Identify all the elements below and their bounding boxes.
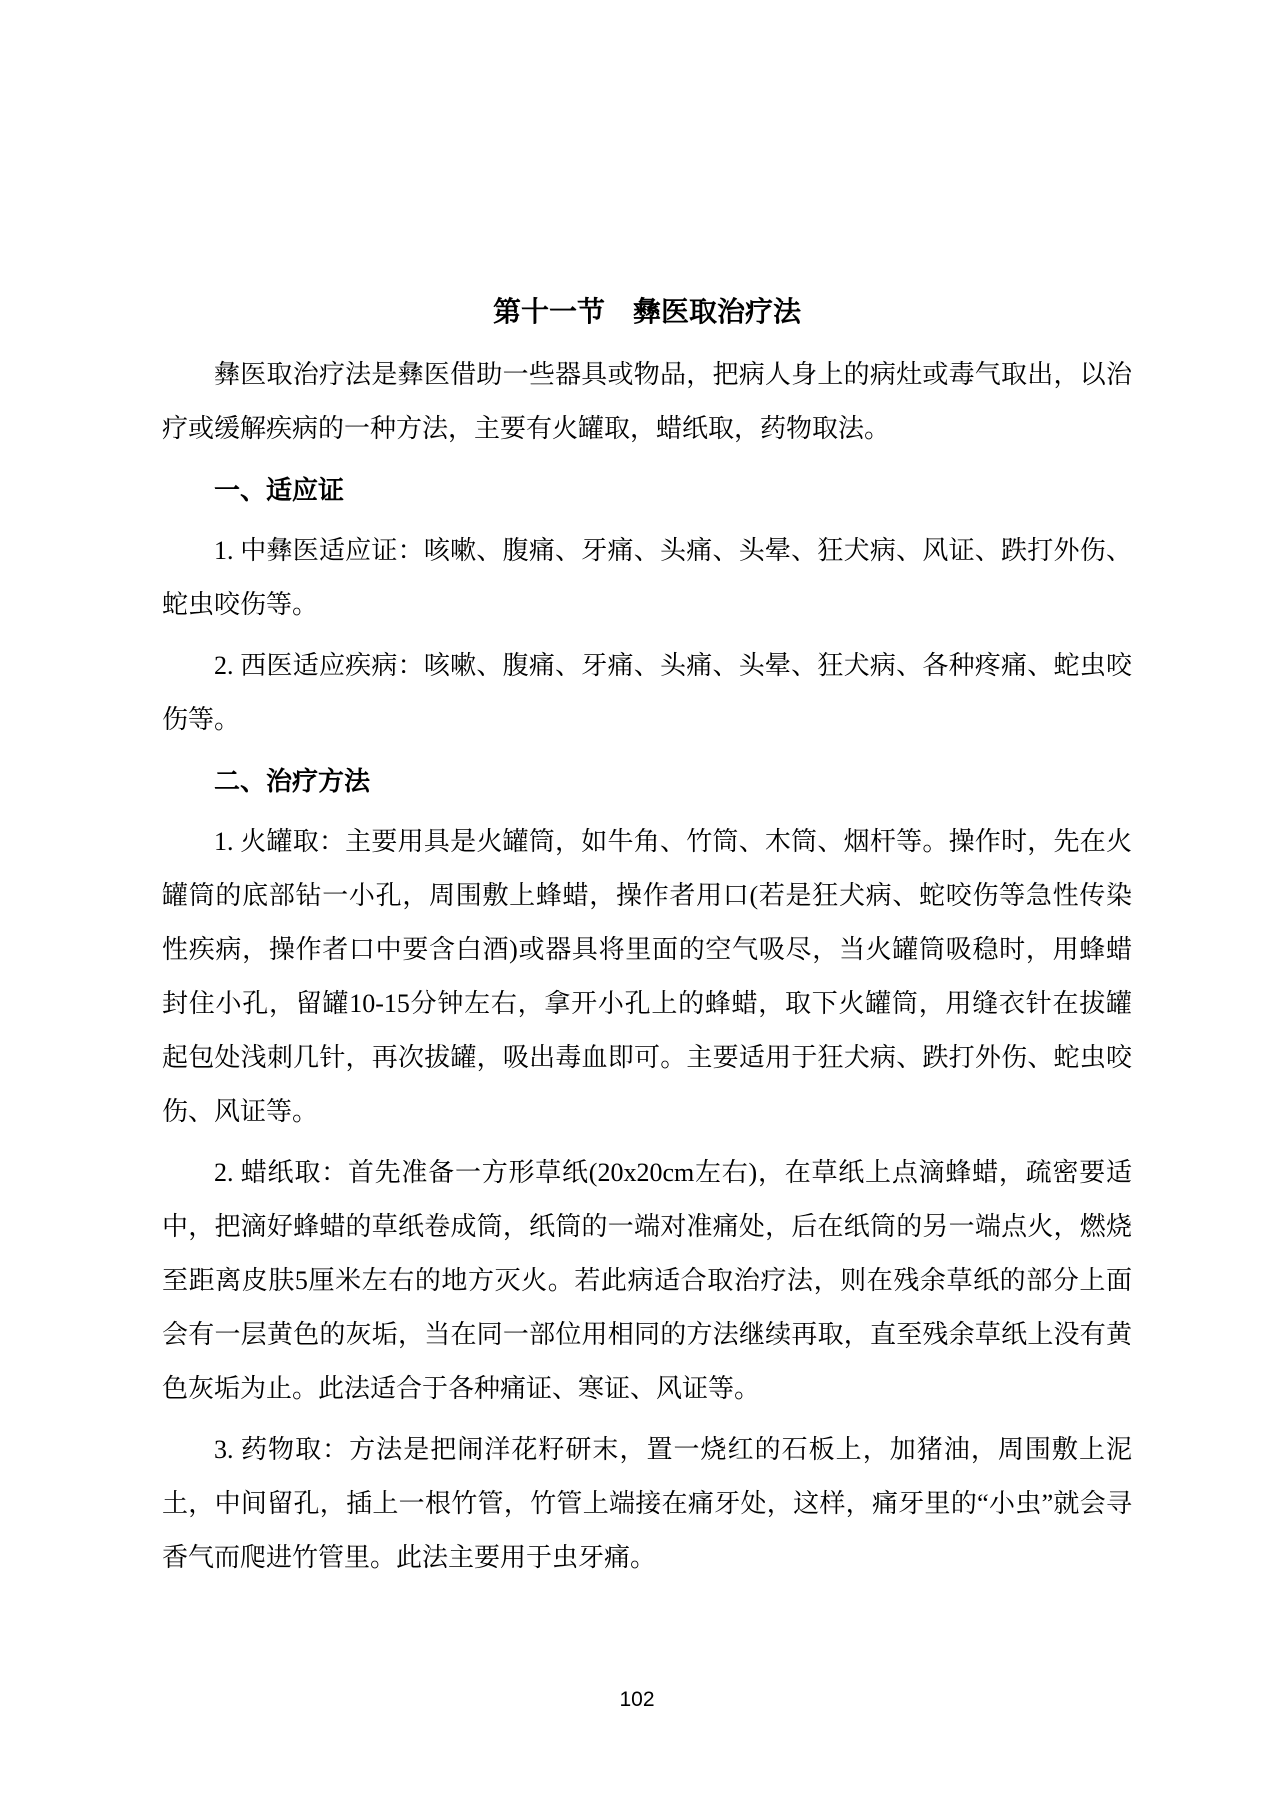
page-number: 102 (0, 1688, 1274, 1712)
paragraph-fire-cupping-method: 1. 火罐取：主要用具是火罐筒，如牛角、竹筒、木筒、烟杆等。操作时，先在火罐筒的… (162, 815, 1132, 1139)
paragraph-wax-paper-method: 2. 蜡纸取：首先准备一方形草纸(20x20cm左右)，在草纸上点滴蜂蜡，疏密要… (162, 1146, 1132, 1416)
paragraph-western-medicine-indications: 2. 西医适应疾病：咳嗽、腹痛、牙痛、头痛、头晕、狂犬病、各种疼痛、蛇虫咬伤等。 (162, 639, 1132, 747)
document-content: 第十一节 彝医取治疗法 彝医取治疗法是彝医借助一些器具或物品，把病人身上的病灶或… (162, 290, 1132, 1585)
section-title: 第十一节 彝医取治疗法 (162, 290, 1132, 334)
subheading-indications: 一、适应证 (162, 463, 1132, 517)
paragraph-medicine-extraction-method: 3. 药物取：方法是把闹洋花籽研末，置一烧红的石板上，加猪油，周围敷上泥土，中间… (162, 1423, 1132, 1585)
paragraph-yi-medicine-indications: 1. 中彝医适应证：咳嗽、腹痛、牙痛、头痛、头晕、狂犬病、风证、跌打外伤、蛇虫咬… (162, 524, 1132, 632)
intro-paragraph: 彝医取治疗法是彝医借助一些器具或物品，把病人身上的病灶或毒气取出，以治疗或缓解疾… (162, 348, 1132, 456)
document-page: 第十一节 彝医取治疗法 彝医取治疗法是彝医借助一些器具或物品，把病人身上的病灶或… (0, 0, 1274, 1801)
subheading-treatment-methods: 二、治疗方法 (162, 754, 1132, 808)
